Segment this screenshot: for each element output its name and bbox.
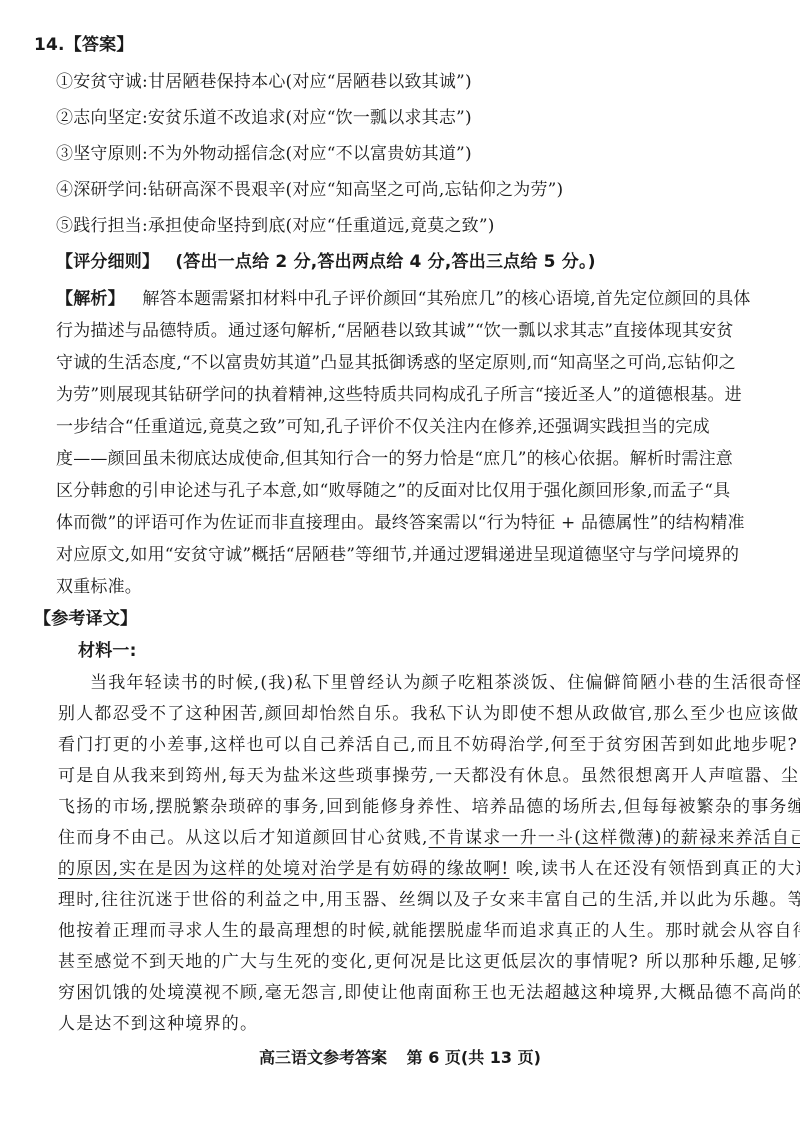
footer-page-number: 第 6 页(共 13 页)	[407, 1048, 541, 1067]
translation-heading: 【参考译文】	[34, 608, 137, 630]
translation-line-9: 他按着正理而寻求人生的最高理想的时候,就能摆脱虚华而追求真正的人生。那时就会从容…	[58, 920, 800, 942]
answer-point-5: ⑤践行担当:承担使命坚持到底(对应“任重道远,竟莫之致”)	[56, 215, 495, 237]
question-header: 14.【答案】	[34, 34, 134, 56]
footer-title: 高三语文参考答案	[259, 1048, 387, 1067]
document-page: 14.【答案】 ①安贫守诚:甘居陋巷保持本心(对应“居陋巷以致其诚”) ②志向坚…	[0, 0, 800, 1122]
scoring-rules: 【评分细则】 (答出一点给 2 分,答出两点给 4 分,答出三点给 5 分。)	[56, 251, 596, 273]
underlined-key-sentence-part-1: 不肯谋求一升一斗(这样微薄)的薪禄来养活自己	[429, 828, 800, 848]
underlined-key-sentence-part-2: 的原因,实在是因为这样的处境对治学是有妨碍的缘故啊!	[58, 859, 509, 879]
answer-point-3: ③坚守原则:不为外物动摇信念(对应“不以富贵妨其道”)	[56, 143, 472, 165]
translation-line-5: 飞扬的市场,摆脱繁杂琐碎的事务,回到能修身养性、培养品德的场所去,但每每被繁杂的…	[58, 796, 800, 818]
translation-line-10: 甚至感觉不到天地的广大与生死的变化,更何况是比这更低层次的事情呢? 所以那种乐趣…	[58, 951, 800, 973]
analysis-line-4: 为劳”则展现其钻研学问的执着精神,这些特质共同构成孔子所言“接近圣人”的道德根基…	[56, 384, 742, 406]
analysis-line-9: 对应原文,如用“安贫守诚”概括“居陋巷”等细节,并通过逻辑递进呈现道德坚守与学问…	[56, 544, 739, 566]
page-footer: 高三语文参考答案 第 6 页(共 13 页)	[0, 1045, 800, 1068]
translation-line-2: 别人都忍受不了这种困苦,颜回却怡然自乐。我私下认为即使不想从政做官,那么至少也应…	[58, 703, 800, 725]
material-label: 材料一:	[78, 640, 137, 662]
translation-line-3: 看门打更的小差事,这样也可以自己养活自己,而且不妨碍治学,何至于贫穷困苦到如此地…	[58, 734, 798, 756]
question-number: 14.	[34, 35, 65, 55]
analysis-line-6: 度——颜回虽未彻底达成使命,但其知行合一的努力恰是“庶几”的核心依据。解析时需注…	[56, 448, 733, 470]
analysis-line-2: 行为描述与品德特质。通过逐句解析,“居陋巷以致其诚”“饮一瓢以求其志”直接体现其…	[56, 320, 734, 342]
scoring-label: 【评分细则】	[56, 252, 159, 272]
answer-point-2: ②志向坚定:安贫乐道不改追求(对应“饮一瓢以求其志”)	[56, 107, 472, 129]
scoring-text: (答出一点给 2 分,答出两点给 4 分,答出三点给 5 分。)	[175, 252, 595, 272]
analysis-line-3: 守诚的生活态度,“不以富贵妨其道”凸显其抵御诱惑的坚定原则,而“知高坚之可尚,忘…	[56, 352, 736, 374]
answer-point-1: ①安贫守诚:甘居陋巷保持本心(对应“居陋巷以致其诚”)	[56, 71, 472, 93]
analysis-label: 【解析】	[56, 289, 125, 309]
analysis-line-8: 体而微”的评语可作为佐证而非直接理由。最终答案需以“行为特征 + 品德属性”的结…	[56, 512, 745, 534]
analysis-line-10: 双重标准。	[56, 576, 142, 598]
translation-line-12: 人是达不到这种境界的。	[58, 1013, 258, 1035]
translation-line-4: 可是自从我来到筠州,每天为盐米这些琐事操劳,一天都没有休息。虽然很想离开人声喧嚣…	[58, 765, 800, 787]
analysis-line-7: 区分韩愈的引申论述与孔子本意,如“败辱随之”的反面对比仅用于强化颜回形象,而孟子…	[56, 480, 730, 502]
translation-line-7: 的原因,实在是因为这样的处境对治学是有妨碍的缘故啊! 唉,读书人在还没有领悟到真…	[58, 858, 800, 880]
translation-line-8: 理时,往往沉迷于世俗的利益之中,用玉器、丝绸以及子女来丰富自己的生活,并以此为乐…	[58, 889, 800, 911]
answer-heading: 【答案】	[65, 35, 134, 55]
analysis-line-5: 一步结合“任重道远,竟莫之致”可知,孔子评价不仅关注内在修养,还强调实践担当的完…	[56, 416, 710, 438]
translation-line-11: 穷困饥饿的处境漠视不顾,毫无怨言,即使让他南面称王也无法超越这种境界,大概品德不…	[58, 982, 800, 1004]
answer-point-4: ④深研学问:钻研高深不畏艰辛(对应“知高坚之可尚,忘钻仰之为劳”)	[56, 179, 563, 201]
translation-line-1: 当我年轻读书的时候,(我)私下里曾经认为颜子吃粗茶淡饭、住偏僻简陋小巷的生活很奇…	[90, 672, 800, 694]
translation-line-6: 住而身不由己。从这以后才知道颜回甘心贫贱,不肯谋求一升一斗(这样微薄)的薪禄来养…	[58, 827, 800, 849]
analysis-line-1: 【解析】 解答本题需紧扣材料中孔子评价颜回“其殆庶几”的核心语境,首先定位颜回的…	[56, 288, 751, 310]
